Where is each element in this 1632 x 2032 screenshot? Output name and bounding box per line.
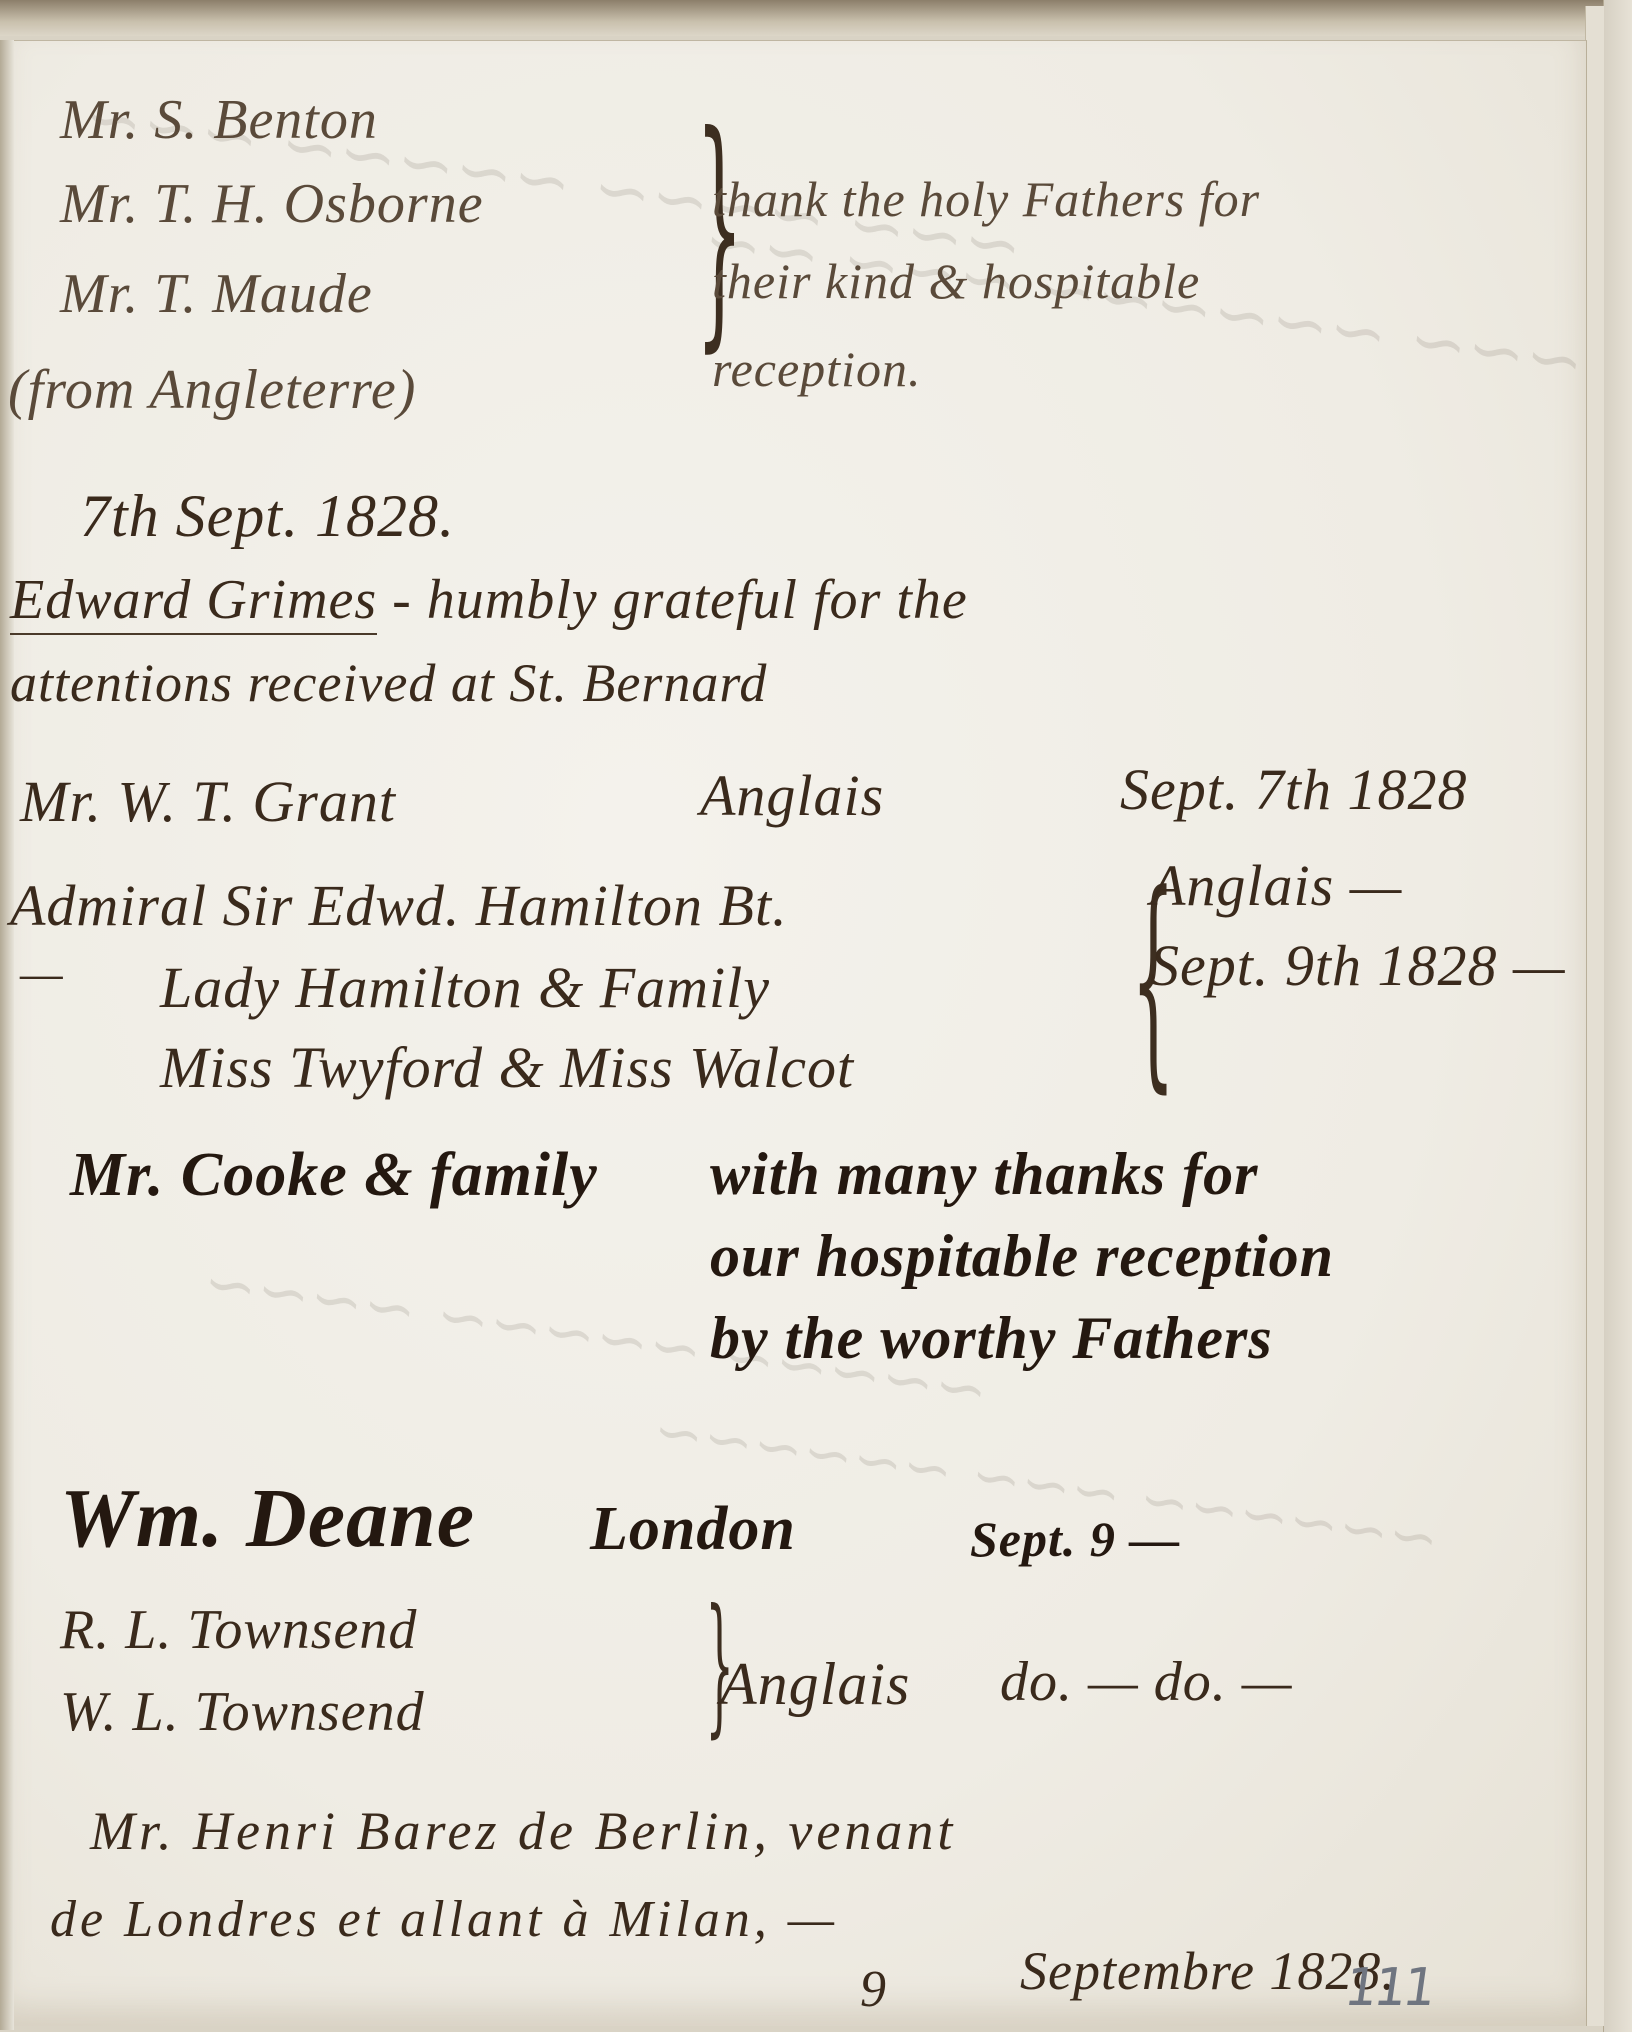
entry-note: reception. xyxy=(712,340,921,398)
page-edge-right-inner xyxy=(1585,6,1604,2026)
page-top-edge xyxy=(0,0,1632,36)
entry-date: Septembre 1828. xyxy=(1020,1940,1396,2002)
entry-note: thank the holy Fathers for xyxy=(712,170,1260,228)
grouping-brace: } xyxy=(696,78,744,378)
entry-date: Sept. 9 — xyxy=(970,1510,1180,1568)
page-edge-right xyxy=(1603,0,1632,2032)
entry-name: W. L. Townsend xyxy=(60,1680,425,1744)
page-number: 111 xyxy=(1341,1958,1437,2018)
entry-name: Edward Grimes - humbly grateful for the xyxy=(10,568,968,632)
entry-text: with many thanks for xyxy=(710,1140,1259,1209)
entry-text: de Londres et allant à Milan, — xyxy=(50,1890,838,1949)
entry-ditto: do. — do. — xyxy=(1000,1650,1293,1714)
entry-name: Mr. S. Benton xyxy=(60,88,378,152)
entry-name: Lady Hamilton & Family xyxy=(160,954,770,1021)
entry-name: Mr. T. Maude xyxy=(60,262,373,326)
entry-name: Wm. Deane xyxy=(60,1470,475,1567)
entry-name: Miss Twyford & Miss Walcot xyxy=(160,1034,854,1101)
entry-name: Mr. W. T. Grant xyxy=(20,768,396,835)
entry-name: R. L. Townsend xyxy=(60,1598,417,1662)
entry-date: Sept. 7th 1828 xyxy=(1120,756,1467,823)
entry-date-day: 9 xyxy=(860,1960,887,2019)
entry-text: Mr. Henri Barez de Berlin, venant xyxy=(90,1800,956,1862)
entry-date: 7th Sept. 1828. xyxy=(80,482,455,551)
entry-origin: Anglais — xyxy=(1150,852,1402,919)
entry-origin: London xyxy=(590,1494,796,1565)
entry-name: Mr. T. H. Osborne xyxy=(60,172,484,236)
entry-origin: Anglais xyxy=(720,1650,910,1719)
entry-text: attentions received at St. Bernard xyxy=(10,652,767,714)
binding-shadow xyxy=(0,40,14,2030)
entry-text: our hospitable reception xyxy=(710,1222,1334,1291)
entry-dash: — xyxy=(20,946,64,1001)
underlined-name: Edward Grimes xyxy=(10,569,377,635)
entry-name: Mr. Cooke & family xyxy=(70,1140,598,1211)
entry-origin: Anglais xyxy=(700,762,884,829)
entry-name: Admiral Sir Edwd. Hamilton Bt. xyxy=(10,872,788,939)
entry-text: by the worthy Fathers xyxy=(710,1304,1273,1373)
entry-text: - humbly grateful for the xyxy=(392,569,968,631)
entry-date: Sept. 9th 1828 — xyxy=(1150,932,1566,999)
entry-origin: (from Angleterre) xyxy=(8,358,416,422)
entry-note: their kind & hospitable xyxy=(712,252,1200,310)
